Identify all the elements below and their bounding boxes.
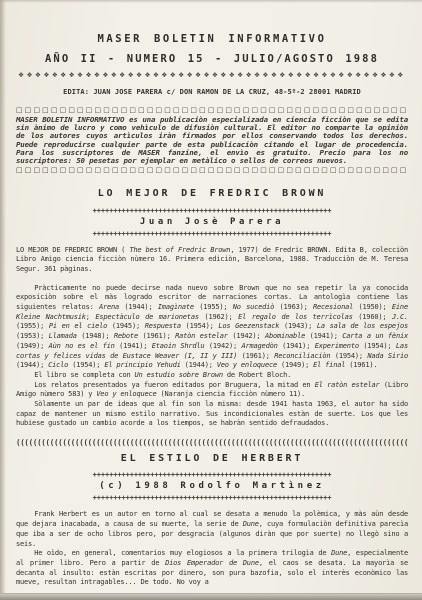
masthead: MASER BOLETIN INFORMATIVO AÑO II - NUMER… <box>16 33 408 96</box>
article-paragraph: He oìdo, en general, comentarios muy elo… <box>16 549 408 588</box>
issue-number-line: AÑO II - NUMERO 15 - JULIO/AGOSTO 1988 <box>16 53 408 65</box>
plus-divider: ++++++++++++++++++++++++++++++++++++++++… <box>16 208 408 215</box>
newsletter-title: MASER BOLETIN INFORMATIVO <box>16 33 408 45</box>
byline-block: ++++++++++++++++++++++++++++++++++++++++… <box>16 208 408 238</box>
square-border-bottom: □□□□□□□□□□□□□□□□□□□□□□□□□□□□□□□□□□□□□□□□… <box>16 167 408 174</box>
newsletter-page: MASER BOLETIN INFORMATIVO AÑO II - NUMER… <box>0 0 422 600</box>
square-border-top: □□□□□□□□□□□□□□□□□□□□□□□□□□□□□□□□□□□□□□□□… <box>16 107 408 114</box>
scan-top-edge <box>0 0 422 3</box>
article-paragraph: Los relatos presentados ya fueron editad… <box>16 381 408 400</box>
article-paragraph: Frank Herbert es un autor en torno al cu… <box>16 510 408 549</box>
plus-divider: ++++++++++++++++++++++++++++++++++++++++… <box>16 231 408 238</box>
article-herbert: EL ESTILO DE HERBERT +++++++++++++++++++… <box>16 453 408 588</box>
copyright-byline: (c) 1988 Rodolfo Martìnez <box>16 481 408 491</box>
article-body: LO MEJOR DE FREDRIC BROWN ( The best of … <box>16 246 408 430</box>
article-paragraph: LO MEJOR DE FREDRIC BROWN ( The best of … <box>16 246 408 275</box>
article-title-fredric-brown: LO MEJOR DE FREDRIC BROWN <box>16 188 408 199</box>
byline-block: ++++++++++++++++++++++++++++++++++++++++… <box>16 472 408 502</box>
article-body: Frank Herbert es un autor en torno al cu… <box>16 510 408 588</box>
author-byline: Juan Josè Parera <box>16 217 408 227</box>
publisher-address-line: EDITA: JUAN JOSE PARERA c/ DON RAMON DE … <box>16 88 408 96</box>
article-paragraph: Pràcticamente no puede decirse nada nuev… <box>16 284 408 371</box>
article-paragraph: El libro se completa con Un estudio sobr… <box>16 371 408 381</box>
article-title-herbert: EL ESTILO DE HERBERT <box>16 453 408 464</box>
editorial-notice-box: □□□□□□□□□□□□□□□□□□□□□□□□□□□□□□□□□□□□□□□□… <box>16 107 408 174</box>
scan-bottom-edge <box>0 593 422 600</box>
paragraph-gap <box>16 275 408 284</box>
article-paragraph: Sòlamente un par de ideas que al fin son… <box>16 400 408 429</box>
plus-divider: ++++++++++++++++++++++++++++++++++++++++… <box>16 495 408 502</box>
plus-divider: ++++++++++++++++++++++++++++++++++++++++… <box>16 472 408 479</box>
editorial-notice-text: MASER BOLETIN INFORMATIVO es una publica… <box>16 116 408 165</box>
article-fredric-brown: LO MEJOR DE FREDRIC BROWN ++++++++++++++… <box>16 188 408 429</box>
scan-left-edge <box>0 0 6 600</box>
parenthesis-divider: ((((((((((((((((((((((((((((((((((((((((… <box>16 439 408 447</box>
diamond-divider: ❖❖❖❖❖❖❖❖❖❖❖❖❖❖❖❖❖❖❖❖❖❖❖❖❖❖❖❖❖❖❖❖❖❖❖❖❖❖❖❖… <box>16 71 408 79</box>
